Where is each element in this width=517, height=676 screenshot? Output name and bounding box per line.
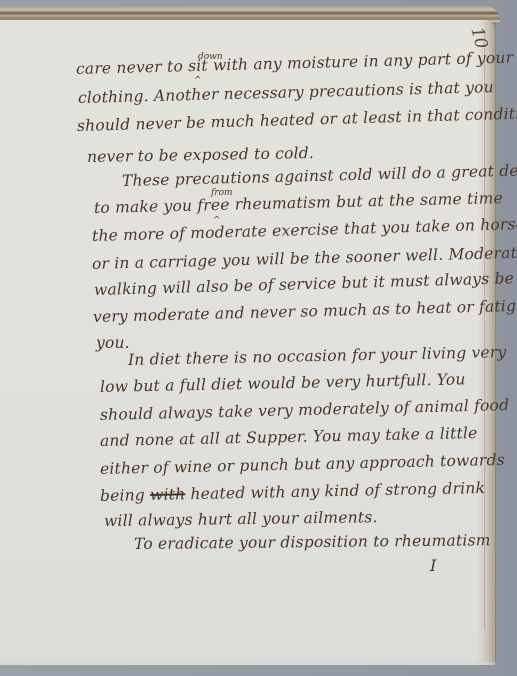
insertion-down: down — [198, 52, 223, 62]
page-bottom-edge — [0, 667, 493, 668]
struck-word: with — [150, 485, 186, 504]
catchword: I — [430, 556, 436, 575]
text-line-18: will always hurt all your ailments. — [104, 508, 378, 530]
word-being: being — [100, 486, 150, 505]
text-line-11: you. — [96, 334, 130, 352]
insertion-caret: ^ — [194, 76, 202, 86]
text-line-19: To eradicate your disposition to rheumat… — [134, 531, 491, 553]
insertion-from: from — [211, 188, 233, 198]
